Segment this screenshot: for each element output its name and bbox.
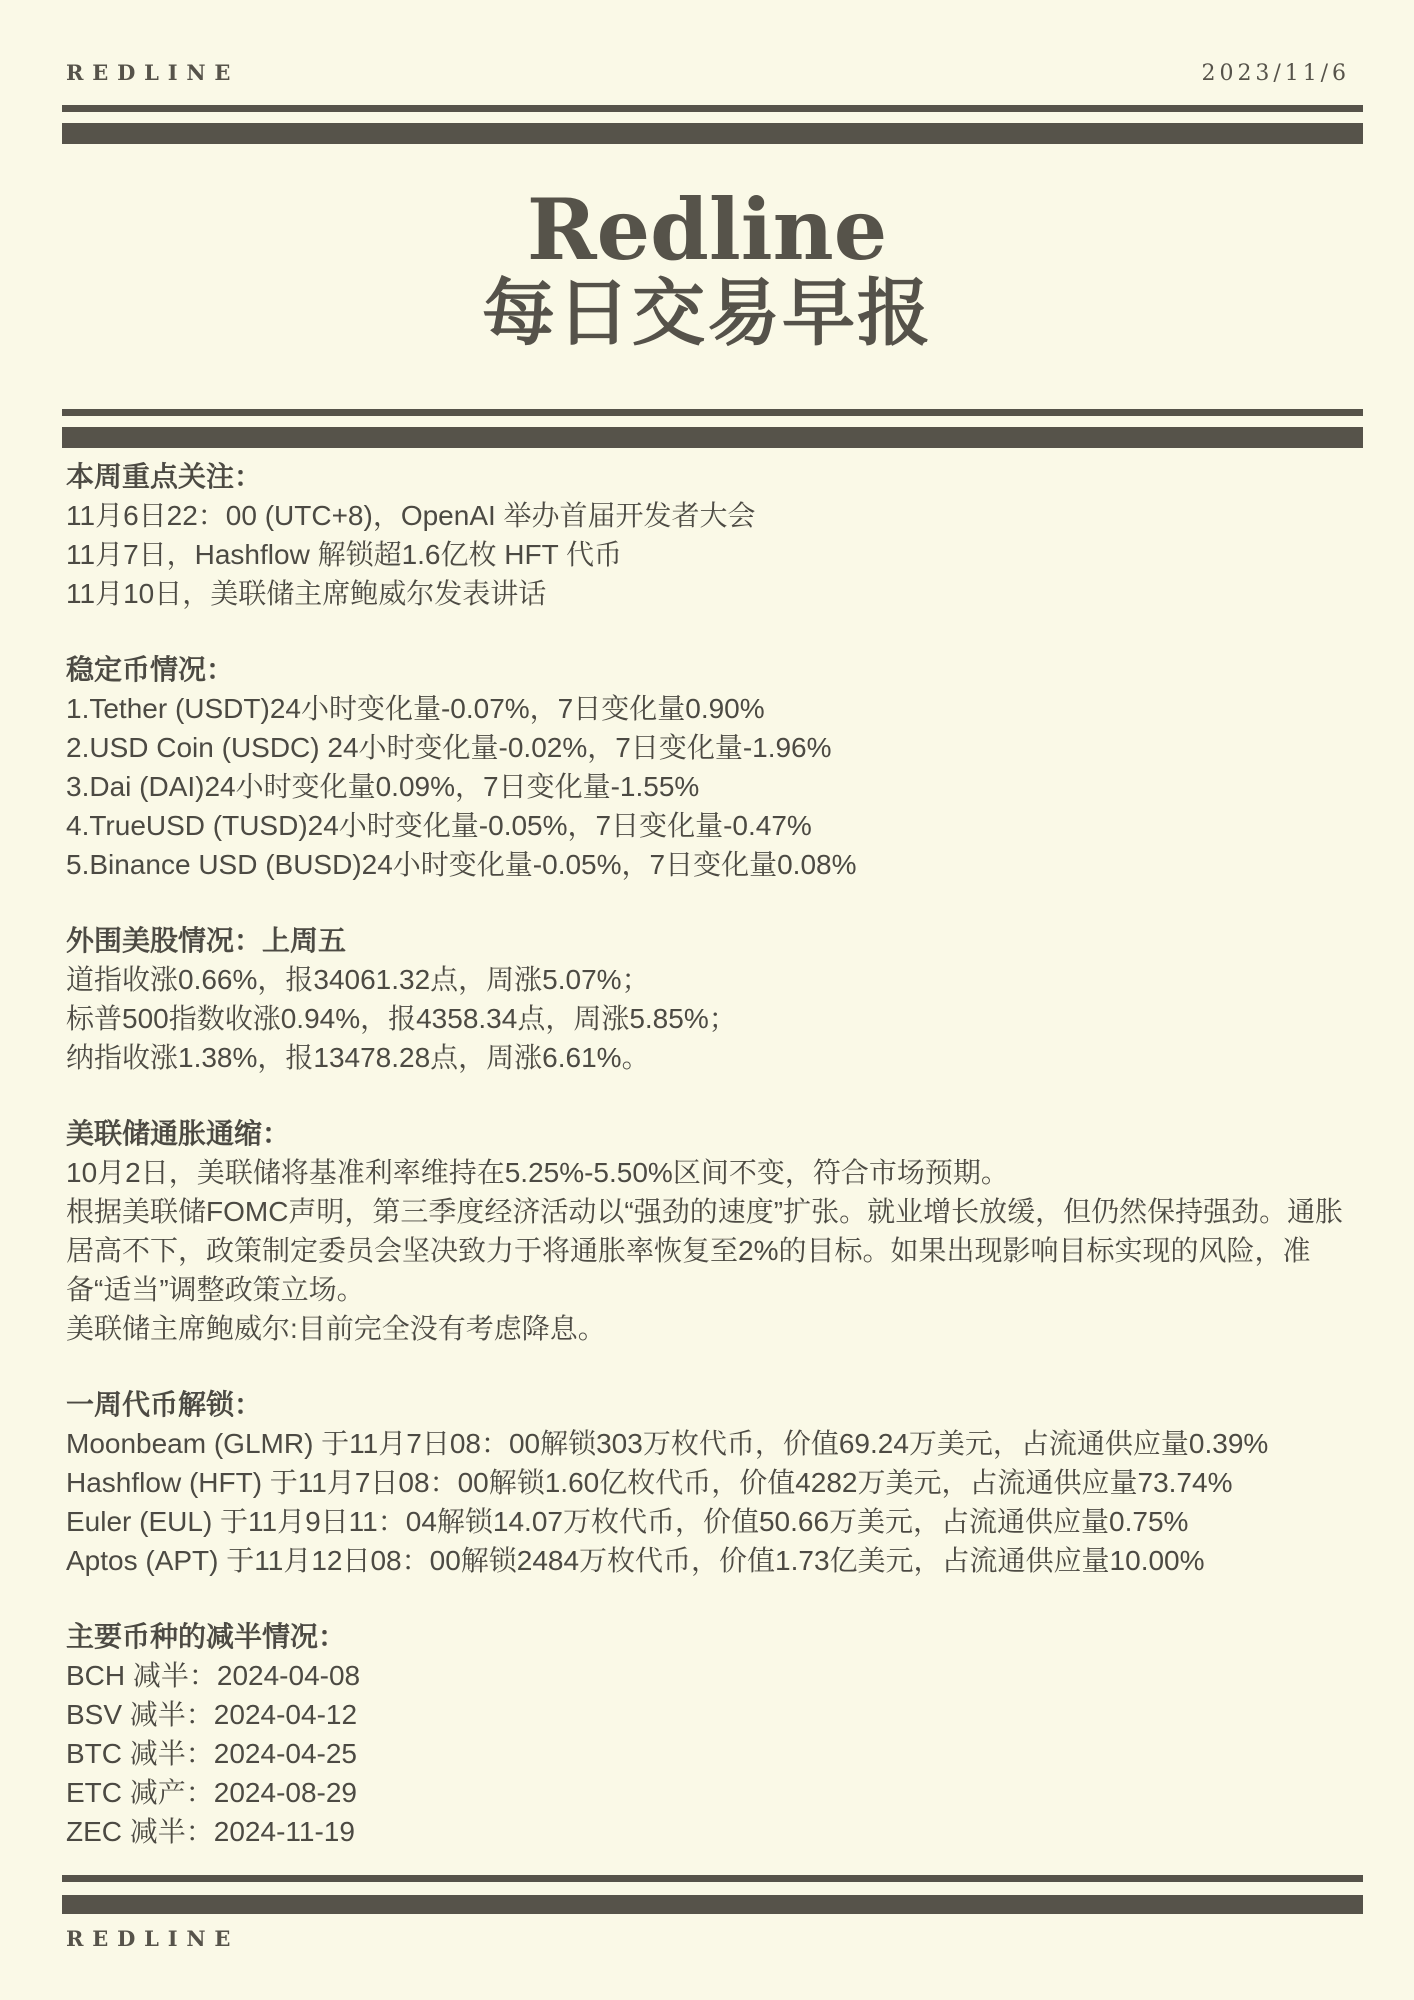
text-line: 3.Dai (DAI)24小时变化量0.09%，7日变化量-1.55% [66, 767, 1374, 806]
section-heading: 一周代币解锁： [66, 1385, 1374, 1424]
bottom-rule-thin [62, 1875, 1363, 1882]
section-halvings: 主要币种的减半情况： BCH 减半：2024-04-08 BSV 减半：2024… [66, 1617, 1374, 1851]
text-line: 4.TrueUSD (TUSD)24小时变化量-0.05%，7日变化量-0.47… [66, 806, 1374, 845]
section-stablecoins: 稳定币情况： 1.Tether (USDT)24小时变化量-0.07%，7日变化… [66, 650, 1374, 884]
footer-brand-wordmark: REDLINE [0, 1926, 1414, 1952]
text-line: 1.Tether (USDT)24小时变化量-0.07%，7日变化量0.90% [66, 689, 1374, 728]
text-line: 美联储主席鲍威尔:目前完全没有考虑降息。 [66, 1309, 1374, 1348]
section-weekly-focus: 本周重点关注： 11月6日22：00 (UTC+8)，OpenAI 举办首届开发… [66, 457, 1374, 613]
text-line: 5.Binance USD (BUSD)24小时变化量-0.05%，7日变化量0… [66, 845, 1374, 884]
section-heading: 稳定币情况： [66, 650, 1374, 689]
text-line: ZEC 减半：2024-11-19 [66, 1812, 1374, 1851]
text-line: BSV 减半：2024-04-12 [66, 1695, 1374, 1734]
section-heading: 主要币种的减半情况： [66, 1617, 1374, 1656]
text-line: BCH 减半：2024-04-08 [66, 1656, 1374, 1695]
bottom-rule-thick [62, 1895, 1363, 1914]
text-line: 居高不下，政策制定委员会坚决致力于将通胀率恢复至2%的目标。如果出现影响目标实现… [66, 1231, 1374, 1270]
text-line: 11月7日，Hashflow 解锁超1.6亿枚 HFT 代币 [66, 535, 1374, 574]
top-rule-thin [62, 105, 1363, 112]
section-heading: 美联储通胀通缩： [66, 1114, 1374, 1153]
section-token-unlocks: 一周代币解锁： Moonbeam (GLMR) 于11月7日08：00解锁303… [66, 1385, 1374, 1580]
brand-wordmark: REDLINE [66, 58, 239, 88]
report-page: REDLINE 2023/11/6 Redline 每日交易早报 本周重点关注：… [0, 0, 1414, 2000]
issue-date: 2023/11/6 [1202, 59, 1350, 89]
top-rule-thick [62, 123, 1363, 144]
text-line: ETC 减产：2024-08-29 [66, 1773, 1374, 1812]
text-line: 根据美联储FOMC声明，第三季度经济活动以“强劲的速度”扩张。就业增长放缓，但仍… [66, 1192, 1374, 1231]
text-line: 道指收涨0.66%，报34061.32点，周涨5.07%； [66, 960, 1374, 999]
text-line: 11月10日，美联储主席鲍威尔发表讲话 [66, 574, 1374, 613]
text-line: Euler (EUL) 于11月9日11：04解锁14.07万枚代币，价值50.… [66, 1502, 1374, 1541]
masthead: REDLINE 2023/11/6 [0, 0, 1414, 88]
text-line: 10月2日，美联储将基准利率维持在5.25%-5.50%区间不变，符合市场预期。 [66, 1153, 1374, 1192]
text-line: Hashflow (HFT) 于11月7日08：00解锁1.60亿枚代币，价值4… [66, 1463, 1374, 1502]
text-line: 标普500指数收涨0.94%，报4358.34点，周涨5.85%； [66, 999, 1374, 1038]
title-chinese: 每日交易早报 [0, 276, 1414, 352]
text-line: 备“适当”调整政策立场。 [66, 1270, 1374, 1309]
mid-rule-thin [62, 409, 1363, 416]
text-line: BTC 减半：2024-04-25 [66, 1734, 1374, 1773]
text-line: Aptos (APT) 于11月12日08：00解锁2484万枚代币，价值1.7… [66, 1541, 1374, 1580]
text-line: 11月6日22：00 (UTC+8)，OpenAI 举办首届开发者大会 [66, 496, 1374, 535]
text-line: Moonbeam (GLMR) 于11月7日08：00解锁303万枚代币，价值6… [66, 1424, 1374, 1463]
section-heading: 本周重点关注： [66, 457, 1374, 496]
mid-rule-thick [62, 427, 1363, 448]
title-block: Redline 每日交易早报 [0, 184, 1414, 352]
title-english: Redline [0, 184, 1414, 276]
text-line: 纳指收涨1.38%，报13478.28点，周涨6.61%。 [66, 1038, 1374, 1077]
text-line: 2.USD Coin (USDC) 24小时变化量-0.02%，7日变化量-1.… [66, 728, 1374, 767]
section-fed-inflation: 美联储通胀通缩： 10月2日，美联储将基准利率维持在5.25%-5.50%区间不… [66, 1114, 1374, 1348]
section-heading: 外围美股情况：上周五 [66, 921, 1374, 960]
section-us-stocks: 外围美股情况：上周五 道指收涨0.66%，报34061.32点，周涨5.07%；… [66, 921, 1374, 1077]
report-body: 本周重点关注： 11月6日22：00 (UTC+8)，OpenAI 举办首届开发… [66, 457, 1374, 1851]
